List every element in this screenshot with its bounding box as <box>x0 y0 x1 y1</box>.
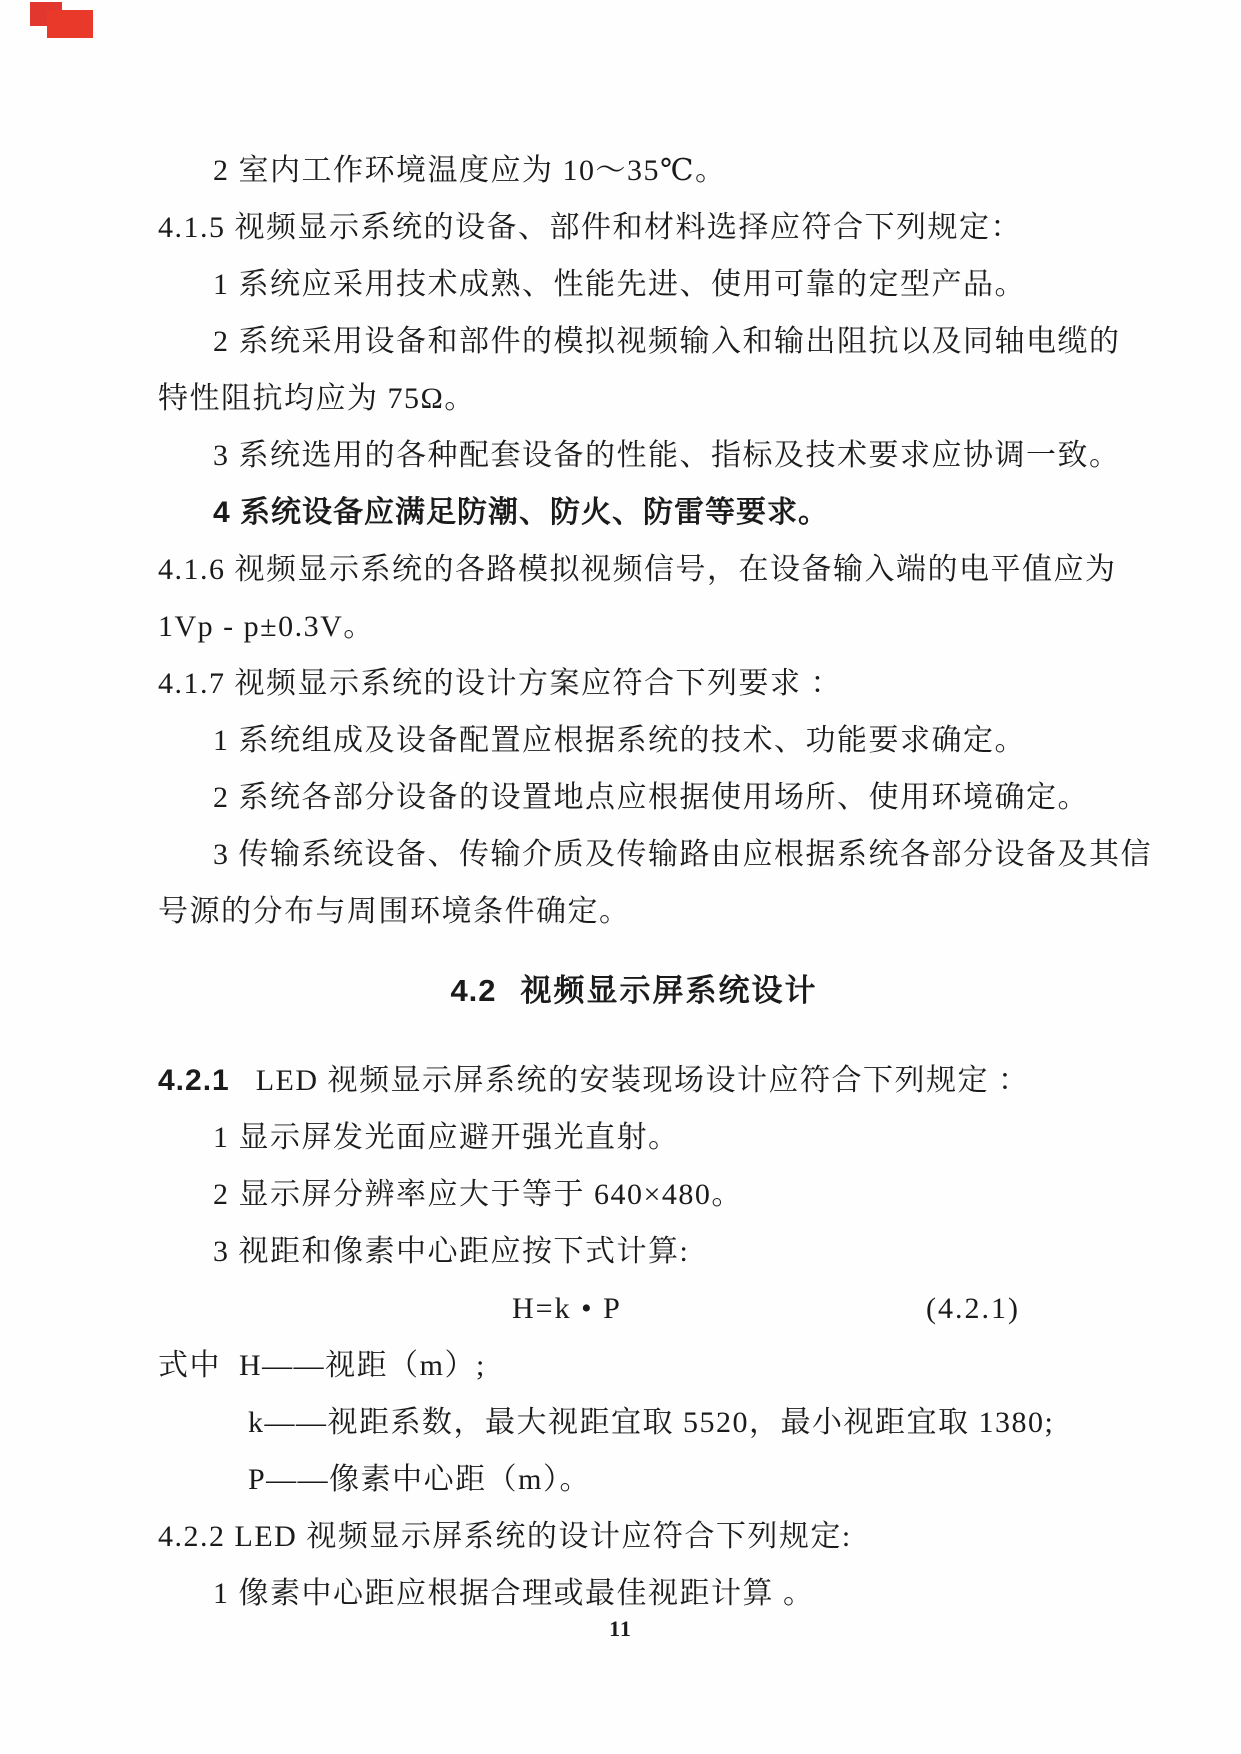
doc-line: 3 系统选用的各种配套设备的性能、指标及技术要求应协调一致。 <box>158 427 1110 484</box>
where-term-line: P——像素中心距（m）。 <box>158 1451 1110 1508</box>
doc-line: 2 系统采用设备和部件的模拟视频输入和输出阻抗以及同轴电缆的 <box>158 313 1110 370</box>
doc-line: 特性阻抗均应为 75Ω。 <box>158 370 1110 427</box>
doc-line-bold: 4 系统设备应满足防潮、防火、防雷等要求。 <box>158 484 1110 541</box>
doc-line: 2 显示屏分辨率应大于等于 640×480。 <box>158 1166 1110 1223</box>
clause-number: 4.2.1 <box>158 1064 230 1097</box>
clause-4-1-6: 4.1.6 视频显示系统的各路模拟视频信号，在设备输入端的电平值应为 <box>158 541 1110 598</box>
where-term-line: k——视距系数，最大视距宜取 5520，最小视距宜取 1380; <box>158 1394 1110 1451</box>
document-body: 2 室内工作环境温度应为 10～35℃。 4.1.5 视频显示系统的设备、部件和… <box>158 142 1110 1622</box>
doc-line: 1 系统组成及设备配置应根据系统的技术、功能要求确定。 <box>158 712 1110 769</box>
doc-line: 3 传输系统设备、传输介质及传输路由应根据系统各部分设备及其信 <box>158 826 1110 883</box>
doc-line: 1 像素中心距应根据合理或最佳视距计算 。 <box>158 1565 1110 1622</box>
formula-line: H=k • P(4.2.1) <box>158 1280 1110 1337</box>
doc-line: 1 显示屏发光面应避开强光直射。 <box>158 1109 1110 1166</box>
document-page: 2 室内工作环境温度应为 10～35℃。 4.1.5 视频显示系统的设备、部件和… <box>0 0 1241 1754</box>
doc-line: 2 室内工作环境温度应为 10～35℃。 <box>158 142 1110 199</box>
equation-number: (4.2.1) <box>926 1280 1020 1337</box>
clause-text: LED 视频显示屏系统的安装现场设计应符合下列规定 ： <box>256 1064 1030 1097</box>
page-number: 11 <box>0 1616 1241 1642</box>
section-number: 4.2 <box>450 973 496 1008</box>
clause-4-1-7: 4.1.7 视频显示系统的设计方案应符合下列要求 ： <box>158 655 1110 712</box>
section-title: 视频显示屏系统设计 <box>521 973 818 1008</box>
doc-line: 2 系统各部分设备的设置地点应根据使用场所、使用环境确定。 <box>158 769 1110 826</box>
doc-line: 号源的分布与周围环境条件确定。 <box>158 883 1110 940</box>
where-lead-line: 式中 H——视距（m）; <box>158 1337 1110 1394</box>
clause-4-1-5: 4.1.5 视频显示系统的设备、部件和材料选择应符合下列规定： <box>158 199 1110 256</box>
formula-expression: H=k • P <box>512 1292 622 1325</box>
doc-line: 3 视距和像素中心距应按下式计算: <box>158 1223 1110 1280</box>
doc-line: 1 系统应采用技术成熟、性能先进、使用可靠的定型产品。 <box>158 256 1110 313</box>
clause-4-2-2: 4.2.2 LED 视频显示屏系统的设计应符合下列规定: <box>158 1508 1110 1565</box>
doc-line: 1Vp - p±0.3V。 <box>158 598 1110 655</box>
section-heading: 4.2视频显示屏系统设计 <box>158 962 1110 1019</box>
red-scan-mark-2 <box>47 10 93 38</box>
clause-4-2-1: 4.2.1LED 视频显示屏系统的安装现场设计应符合下列规定 ： <box>158 1052 1110 1109</box>
